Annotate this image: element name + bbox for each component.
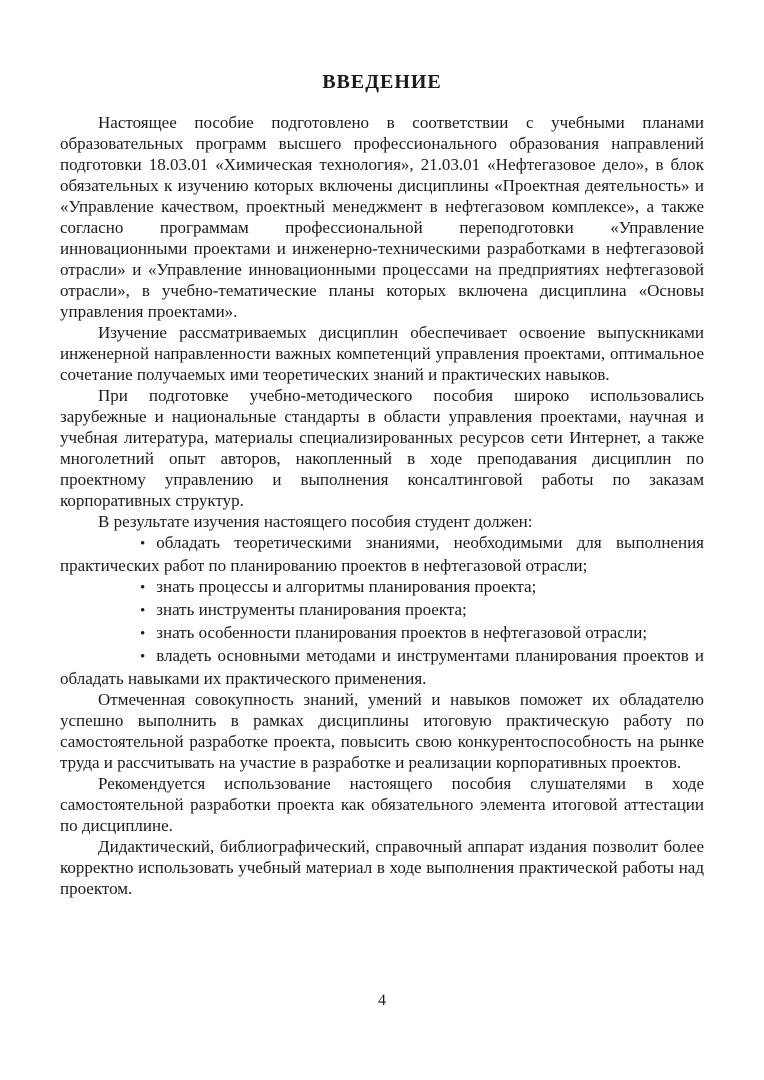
bullet-icon: • xyxy=(100,601,145,622)
list-item: •знать процессы и алгоритмы планирования… xyxy=(60,576,704,599)
list-item: •обладать теоретическими знаниями, необх… xyxy=(60,532,704,576)
list-lead-in: В результате изучения настоящего пособия… xyxy=(60,511,704,532)
text-block: ВВЕДЕНИЕ Настоящее пособие подготовлено … xyxy=(60,70,704,899)
bullet-icon: • xyxy=(100,647,145,668)
list-item-text: знать инструменты планирования проекта; xyxy=(156,600,467,619)
closing-paragraph-3: Дидактический, библиографический, справо… xyxy=(60,836,704,899)
page-title: ВВЕДЕНИЕ xyxy=(60,70,704,94)
list-item: •знать инструменты планирования проекта; xyxy=(60,599,704,622)
intro-paragraph-2: Изучение рассматриваемых дисциплин обесп… xyxy=(60,322,704,385)
bullet-icon: • xyxy=(100,578,145,599)
list-item-text: обладать теоретическими знаниями, необхо… xyxy=(60,533,704,575)
list-item-text: владеть основными методами и инструмента… xyxy=(60,646,704,688)
page-number: 4 xyxy=(0,991,764,1011)
bullet-icon: • xyxy=(100,624,145,645)
closing-paragraph-2: Рекомендуется использование настоящего п… xyxy=(60,773,704,836)
list-item: •знать особенности планирования проектов… xyxy=(60,622,704,645)
document-page: ВВЕДЕНИЕ Настоящее пособие подготовлено … xyxy=(0,0,764,1080)
list-item-text: знать особенности планирования проектов … xyxy=(156,623,647,642)
closing-paragraph-1: Отмеченная совокупность знаний, умений и… xyxy=(60,689,704,773)
list-item-text: знать процессы и алгоритмы планирования … xyxy=(156,577,536,596)
bullet-icon: • xyxy=(100,534,145,555)
intro-paragraph-1: Настоящее пособие подготовлено в соответ… xyxy=(60,112,704,322)
intro-paragraph-3: При подготовке учебно-методического посо… xyxy=(60,385,704,511)
list-item: •владеть основными методами и инструмент… xyxy=(60,645,704,689)
